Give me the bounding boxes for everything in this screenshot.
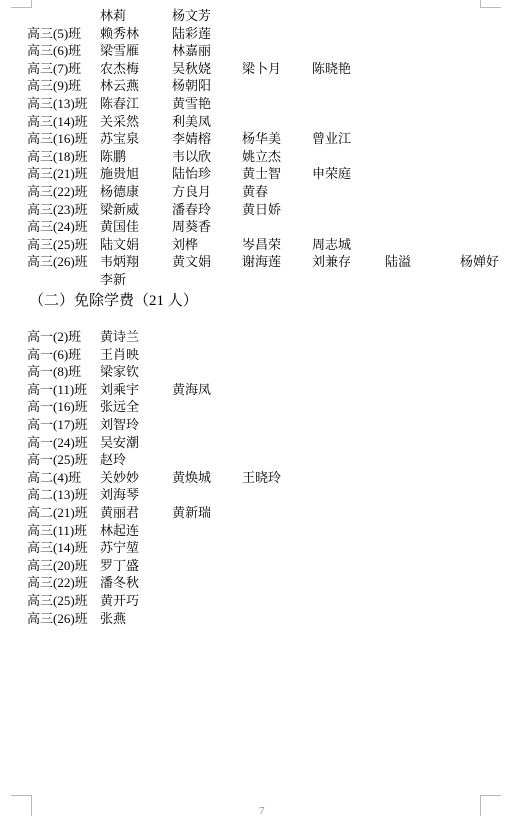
student-name: 吴秋娆 <box>172 60 242 78</box>
student-name: 岑昌荣 <box>242 236 312 254</box>
student-name: 苏宁堃 <box>100 539 172 557</box>
class-label: 高二(21)班 <box>27 504 100 522</box>
margin-crop-mark-bottom-left <box>11 795 32 816</box>
class-row: 高一(2)班黄诗兰 <box>27 328 512 346</box>
class-row: 高一(16)班张远全 <box>27 398 512 416</box>
student-name: 陈晓艳 <box>312 60 385 78</box>
student-name: 施贵旭 <box>100 165 172 183</box>
student-name: 陆彩莲 <box>172 25 242 43</box>
student-name: 周葵香 <box>172 218 242 236</box>
class-label: 高一(11)班 <box>27 381 100 399</box>
student-name: 刘海琴 <box>100 486 172 504</box>
student-name: 王晓玲 <box>242 469 312 487</box>
student-name: 姚立杰 <box>242 148 312 166</box>
class-label: 高三(20)班 <box>27 557 100 575</box>
class-label: 高三(13)班 <box>27 95 100 113</box>
student-name: 黄文娟 <box>172 253 242 271</box>
class-row: 高三(26)班张燕 <box>27 610 512 628</box>
student-name: 谢海莲 <box>242 253 312 271</box>
student-list-section-two: 高一(2)班黄诗兰高一(6)班王肖映高一(8)班梁家钦高一(11)班刘乘宇黄海凤… <box>27 328 512 627</box>
class-row: 高三(23)班梁新威潘春玲黄日娇 <box>27 201 512 219</box>
class-label: 高三(6)班 <box>27 42 100 60</box>
student-name: 陈春江 <box>100 95 172 113</box>
student-name: 罗丁盛 <box>100 557 172 575</box>
class-row: 高一(11)班刘乘宇黄海凤 <box>27 381 512 399</box>
student-name: 梁新威 <box>100 201 172 219</box>
class-label: 高一(2)班 <box>27 328 100 346</box>
class-label: 高一(24)班 <box>27 434 100 452</box>
student-name: 张远全 <box>100 398 172 416</box>
page-number: 7 <box>259 805 265 817</box>
student-name: 关妙妙 <box>100 469 172 487</box>
class-label: 高三(14)班 <box>27 539 100 557</box>
class-label: 高一(16)班 <box>27 398 100 416</box>
class-row: 高三(14)班关采然利美凤 <box>27 113 512 131</box>
class-label: 高三(21)班 <box>27 165 100 183</box>
class-label: 高三(22)班 <box>27 574 100 592</box>
class-label: 高三(7)班 <box>27 60 100 78</box>
class-row: 高三(9)班林云燕杨朝阳 <box>27 77 512 95</box>
student-name: 林嘉丽 <box>172 42 242 60</box>
class-label: 高三(16)班 <box>27 130 100 148</box>
class-label: 高三(26)班 <box>27 610 100 628</box>
class-row: 高三(13)班陈春江黄雪艳 <box>27 95 512 113</box>
student-name: 黄开巧 <box>100 592 172 610</box>
student-name: 赖秀林 <box>100 25 172 43</box>
margin-crop-mark-bottom-right <box>480 795 501 816</box>
student-name: 刘兼存 <box>312 253 385 271</box>
student-name: 赵玲 <box>100 451 172 469</box>
student-name: 陆溢 <box>385 253 460 271</box>
student-name: 潘春玲 <box>172 201 242 219</box>
section-heading: （二）免除学费（21 人） <box>29 291 198 311</box>
student-name: 杨朝阳 <box>172 77 242 95</box>
class-row: 李新 <box>27 271 512 289</box>
class-label: 高三(9)班 <box>27 77 100 95</box>
class-row: 高二(21)班黄丽君黄新瑞 <box>27 504 512 522</box>
student-name: 黄日娇 <box>242 201 312 219</box>
class-label: 高三(14)班 <box>27 113 100 131</box>
student-name: 陈鹏 <box>100 148 172 166</box>
class-label: 高三(24)班 <box>27 218 100 236</box>
student-name: 利美凤 <box>172 113 242 131</box>
class-row: 高三(11)班林起连 <box>27 522 512 540</box>
student-list-continuation: 林莉杨文芳高三(5)班赖秀林陆彩莲高三(6)班梁雪雁林嘉丽高三(7)班农杰梅吴秋… <box>27 7 512 289</box>
class-row: 高三(24)班黄国佳周葵香 <box>27 218 512 236</box>
class-row: 高三(25)班陆文娟刘桦岑昌荣周志城 <box>27 236 512 254</box>
class-label: 高一(17)班 <box>27 416 100 434</box>
class-label: 高三(23)班 <box>27 201 100 219</box>
class-row: 高三(6)班梁雪雁林嘉丽 <box>27 42 512 60</box>
student-name: 李新 <box>100 271 172 289</box>
class-label: 高三(26)班 <box>27 253 100 271</box>
class-label: 高三(11)班 <box>27 522 100 540</box>
student-name: 曾业江 <box>312 130 385 148</box>
class-row: 高一(8)班梁家钦 <box>27 363 512 381</box>
class-row: 高三(20)班罗丁盛 <box>27 557 512 575</box>
class-row: 高三(26)班韦炳翔黄文娟谢海莲刘兼存陆溢杨婵好 <box>27 253 512 271</box>
student-name: 陆文娟 <box>100 236 172 254</box>
student-name: 关采然 <box>100 113 172 131</box>
student-name: 黄诗兰 <box>100 328 172 346</box>
student-name: 李婧榕 <box>172 130 242 148</box>
student-name: 黄海凤 <box>172 381 242 399</box>
class-label <box>27 7 100 25</box>
student-name: 苏宝泉 <box>100 130 172 148</box>
class-row: 高二(13)班刘海琴 <box>27 486 512 504</box>
student-name: 梁卜月 <box>242 60 312 78</box>
class-row: 高三(22)班杨德康方良月黄春 <box>27 183 512 201</box>
class-row: 高三(14)班苏宁堃 <box>27 539 512 557</box>
student-name: 杨华美 <box>242 130 312 148</box>
class-row: 高二(4)班关妙妙黄焕城王晓玲 <box>27 469 512 487</box>
class-label: 高一(6)班 <box>27 346 100 364</box>
student-name: 吴安潮 <box>100 434 172 452</box>
class-label: 高三(25)班 <box>27 592 100 610</box>
student-name: 林起连 <box>100 522 172 540</box>
student-name: 张燕 <box>100 610 172 628</box>
student-name: 陆怡珍 <box>172 165 242 183</box>
class-row: 高一(25)班赵玲 <box>27 451 512 469</box>
class-row: 高一(24)班吴安潮 <box>27 434 512 452</box>
student-name: 黄士智 <box>242 165 312 183</box>
class-row: 高一(17)班刘智玲 <box>27 416 512 434</box>
student-name: 刘智玲 <box>100 416 172 434</box>
class-label: 高三(18)班 <box>27 148 100 166</box>
class-label: 高一(8)班 <box>27 363 100 381</box>
class-label: 高三(22)班 <box>27 183 100 201</box>
class-row: 高三(5)班赖秀林陆彩莲 <box>27 25 512 43</box>
class-row: 高一(6)班王肖映 <box>27 346 512 364</box>
student-name: 黄雪艳 <box>172 95 242 113</box>
class-label: 高三(5)班 <box>27 25 100 43</box>
student-name: 黄焕城 <box>172 469 242 487</box>
student-name: 王肖映 <box>100 346 172 364</box>
student-name: 申荣庭 <box>312 165 385 183</box>
class-label: 高三(25)班 <box>27 236 100 254</box>
student-name: 刘乘宇 <box>100 381 172 399</box>
student-name: 韦以欣 <box>172 148 242 166</box>
class-row: 高三(16)班苏宝泉李婧榕杨华美曾业江 <box>27 130 512 148</box>
class-label: 高二(4)班 <box>27 469 100 487</box>
student-name: 黄新瑞 <box>172 504 242 522</box>
document-page: 林莉杨文芳高三(5)班赖秀林陆彩莲高三(6)班梁雪雁林嘉丽高三(7)班农杰梅吴秋… <box>0 0 512 832</box>
student-name: 周志城 <box>312 236 385 254</box>
student-name: 黄国佳 <box>100 218 172 236</box>
student-name: 潘冬秋 <box>100 574 172 592</box>
student-name: 农杰梅 <box>100 60 172 78</box>
class-row: 高三(7)班农杰梅吴秋娆梁卜月陈晓艳 <box>27 60 512 78</box>
student-name: 梁家钦 <box>100 363 172 381</box>
student-name: 梁雪雁 <box>100 42 172 60</box>
student-name: 韦炳翔 <box>100 253 172 271</box>
student-name: 杨文芳 <box>172 7 242 25</box>
student-name: 林云燕 <box>100 77 172 95</box>
class-label: 高一(25)班 <box>27 451 100 469</box>
class-row: 高三(22)班潘冬秋 <box>27 574 512 592</box>
student-name: 黄丽君 <box>100 504 172 522</box>
class-row: 林莉杨文芳 <box>27 7 512 25</box>
student-name: 黄春 <box>242 183 312 201</box>
class-row: 高三(25)班黄开巧 <box>27 592 512 610</box>
student-name: 杨德康 <box>100 183 172 201</box>
class-label: 高二(13)班 <box>27 486 100 504</box>
class-row: 高三(21)班施贵旭陆怡珍黄士智申荣庭 <box>27 165 512 183</box>
student-name: 方良月 <box>172 183 242 201</box>
student-name: 杨婵好 <box>460 253 512 271</box>
student-name: 林莉 <box>100 7 172 25</box>
class-row: 高三(18)班陈鹏韦以欣姚立杰 <box>27 148 512 166</box>
student-name: 刘桦 <box>172 236 242 254</box>
class-label <box>27 271 100 289</box>
